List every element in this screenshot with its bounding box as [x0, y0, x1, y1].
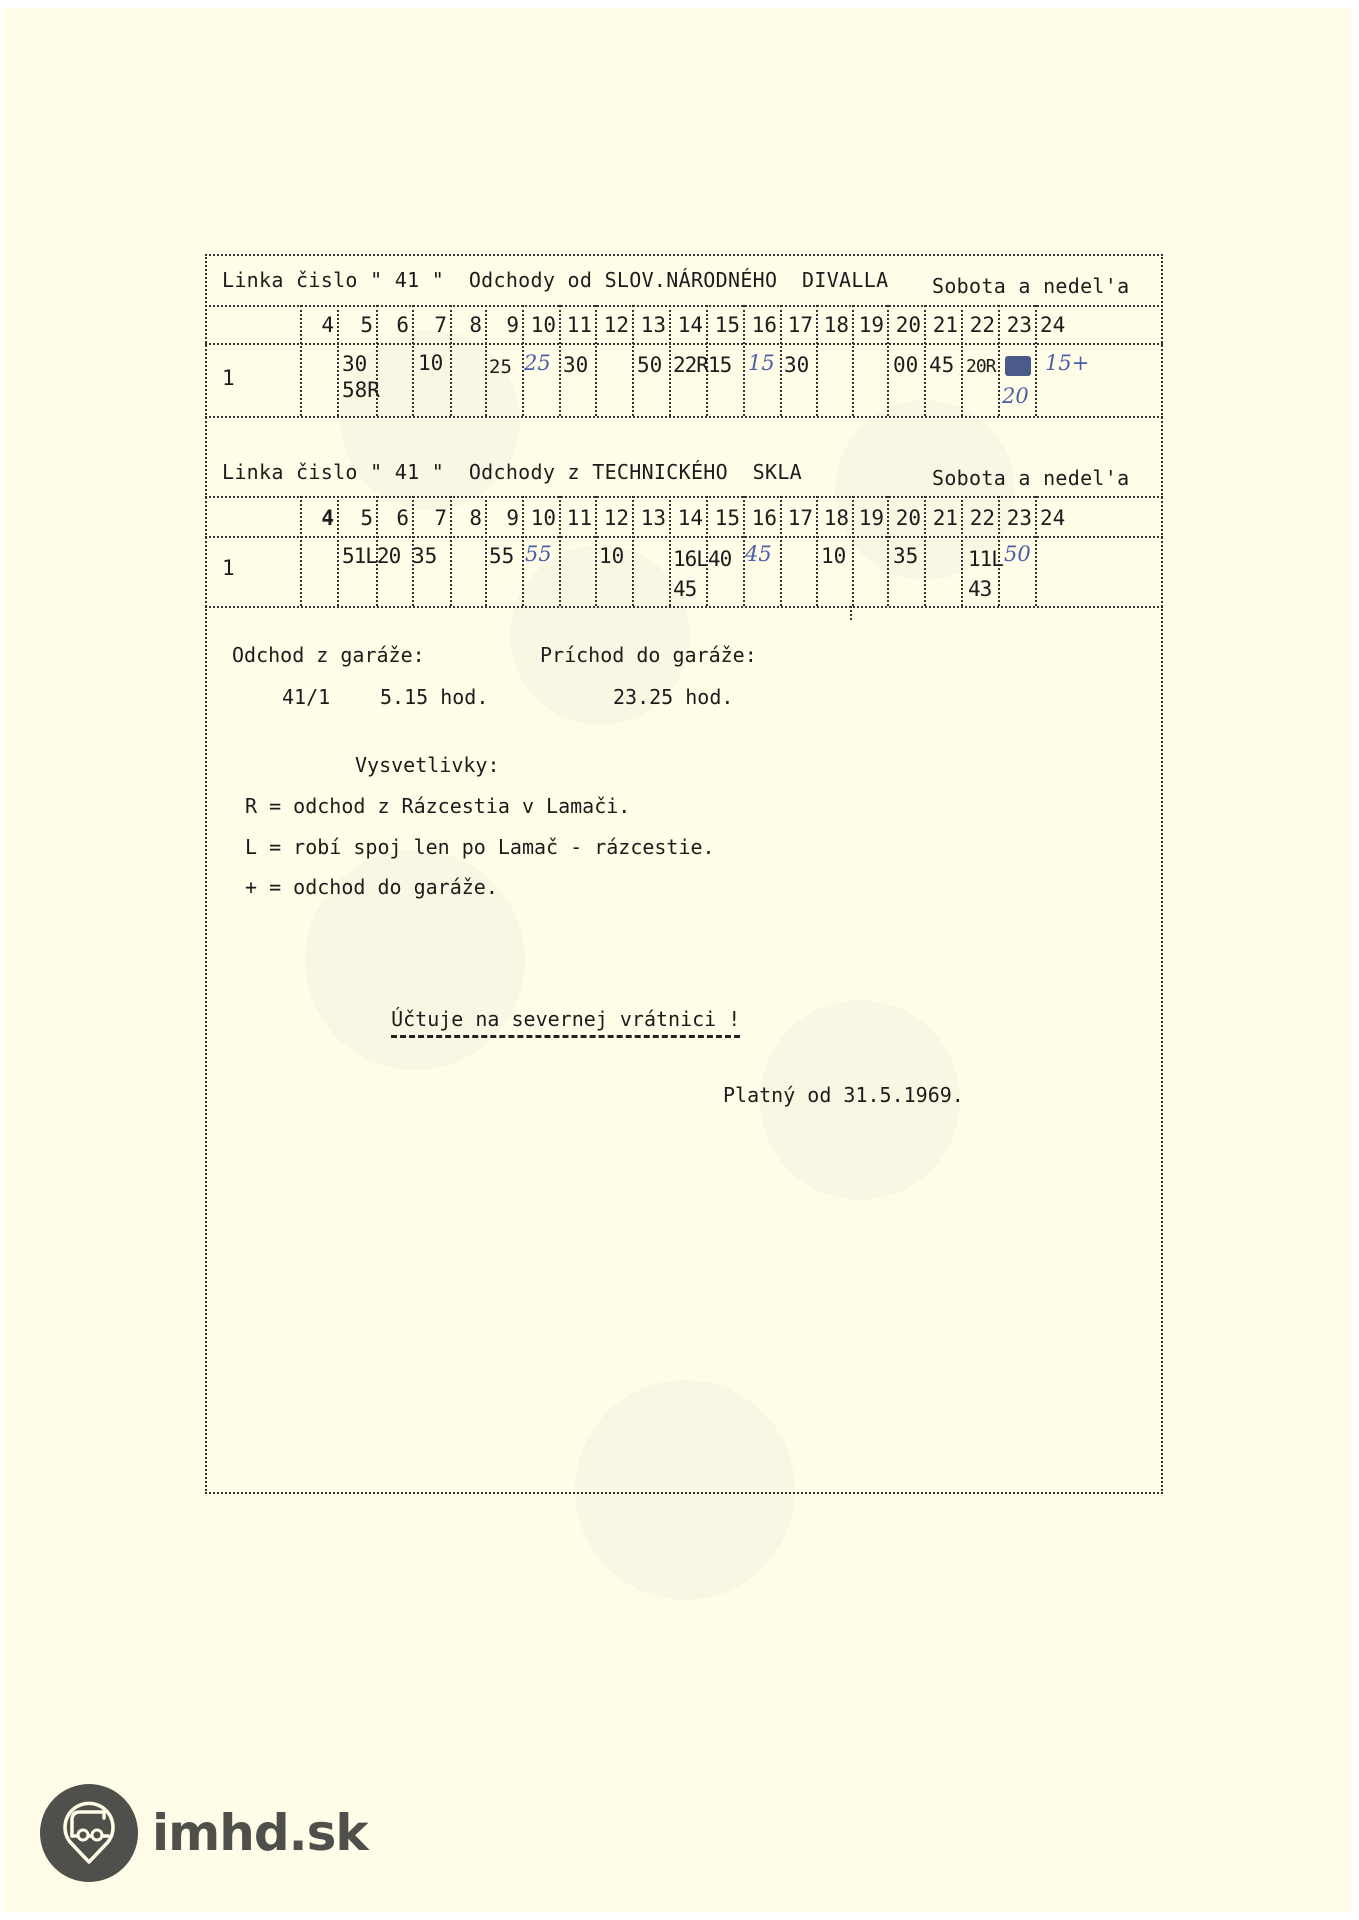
hour-15: 15: [706, 506, 740, 530]
ink-blot: [1005, 356, 1031, 376]
hour-6: 6: [376, 313, 409, 337]
cell-h22: 11L 43: [968, 544, 1003, 604]
hour-23: 23: [998, 506, 1032, 530]
hour-18: 18: [816, 313, 849, 337]
garage-departure-time: 5.15 hod.: [380, 685, 488, 709]
hour-7: 7: [412, 313, 447, 337]
hour-10: 10: [522, 313, 556, 337]
hour-13: 13: [632, 506, 666, 530]
cell-h16-handwritten: 45: [745, 542, 772, 566]
legend-item: L = robí spoj len po Lamač - rázcestie.: [245, 835, 715, 859]
cell-h21: 45: [929, 353, 954, 377]
hour-7: 7: [412, 506, 447, 530]
hour-16: 16: [743, 313, 777, 337]
cell-h5: 30 58R: [342, 351, 380, 403]
table2-days: Sobota a nedel'a: [932, 466, 1129, 490]
cell-h22: 20R: [966, 355, 996, 379]
hour-8: 8: [450, 313, 482, 337]
cell-h20: 35: [893, 544, 918, 568]
table1-title: Linka čislo " 41 " Odchody od SLOV.NÁROD…: [222, 268, 888, 292]
hour-15: 15: [706, 313, 740, 337]
cell-h17: 30: [784, 353, 809, 377]
row-label: 1: [222, 556, 235, 580]
cell-h7: 35: [412, 544, 437, 568]
hour-19: 19: [852, 313, 884, 337]
valid-from-date: Platný od 31.5.1969.: [723, 1083, 964, 1107]
divider: [205, 305, 1163, 307]
legend-title: Vysvetlivky:: [355, 753, 500, 777]
hour-9: 9: [485, 506, 519, 530]
cell-h13: 50: [637, 353, 662, 377]
hour-5: 5: [337, 506, 373, 530]
hour-14: 14: [669, 506, 703, 530]
table2-title: Linka čislo " 41 " Odchody z TECHNICKÉHO…: [222, 460, 802, 484]
garage-arrival-label: Príchod do garáže:: [540, 643, 757, 667]
cell-h9: 25: [489, 355, 512, 379]
hour-8: 8: [450, 506, 482, 530]
hour-17: 17: [780, 506, 813, 530]
hour-19: 19: [852, 506, 884, 530]
cell-h14: 16L40 45: [673, 544, 731, 604]
hour-4: 4: [300, 506, 334, 530]
hour-17: 17: [780, 313, 813, 337]
hour-22: 22: [961, 313, 995, 337]
hour-21: 21: [924, 506, 958, 530]
imhd-logo: imhd.sk: [40, 1784, 368, 1882]
divider: [205, 343, 1163, 345]
hour-10: 10: [522, 506, 556, 530]
cell-h7: 10: [418, 351, 443, 375]
row-label: 1: [222, 366, 235, 390]
cell-h24-handwritten: 15+: [1045, 351, 1089, 375]
timetable-frame: [205, 254, 1163, 1494]
cell-h10-handwritten: 25: [524, 351, 551, 375]
hour-11: 11: [559, 313, 592, 337]
hour-22: 22: [961, 506, 995, 530]
hour-24: 24: [1040, 313, 1070, 337]
hour-9: 9: [485, 313, 519, 337]
divider: [205, 536, 1163, 538]
hour-11: 11: [559, 506, 592, 530]
hour-6: 6: [376, 506, 409, 530]
hour-5: 5: [337, 313, 373, 337]
divider: [205, 496, 1163, 498]
hour-20: 20: [887, 506, 921, 530]
hour-21: 21: [924, 313, 958, 337]
garage-departure-bus: 41/1: [282, 685, 330, 709]
cell-h16-handwritten: 15: [748, 351, 775, 375]
cell-h20: 00: [893, 353, 918, 377]
cell-h5: 51L20: [342, 544, 400, 568]
hour-14: 14: [669, 313, 703, 337]
logo-text: imhd.sk: [152, 1804, 368, 1862]
cell-h10-handwritten: 55: [525, 542, 552, 566]
hour-18: 18: [816, 506, 849, 530]
hour-20: 20: [887, 313, 921, 337]
divider: [205, 606, 1163, 608]
cell-h12: 10: [599, 544, 624, 568]
hour-13: 13: [632, 313, 666, 337]
cell-h23-handwritten: 20: [1002, 384, 1029, 408]
divider: [205, 416, 1163, 418]
cell-h9: 55: [489, 544, 514, 568]
cell-h14: 22R15: [673, 353, 731, 377]
legend-item: + = odchod do garáže.: [245, 875, 498, 899]
cell-h23-handwritten: 50: [1004, 542, 1031, 566]
hour-12: 12: [595, 506, 629, 530]
garage-arrival-time: 23.25 hod.: [613, 685, 733, 709]
legend-item: R = odchod z Rázcestia v Lamači.: [245, 794, 630, 818]
hour-24: 24: [1040, 506, 1070, 530]
hour-16: 16: [743, 506, 777, 530]
hour-12: 12: [595, 313, 629, 337]
garage-departure-label: Odchod z garáže:: [232, 643, 425, 667]
hour-4: 4: [300, 313, 334, 337]
hour-23: 23: [998, 313, 1032, 337]
cell-h18: 10: [821, 544, 846, 568]
bus-pin-icon: [40, 1784, 138, 1882]
cell-h11: 30: [563, 353, 588, 377]
billing-note: Účtuje na severnej vrátnici !: [391, 1007, 740, 1038]
table1-days: Sobota a nedel'a: [932, 274, 1129, 298]
